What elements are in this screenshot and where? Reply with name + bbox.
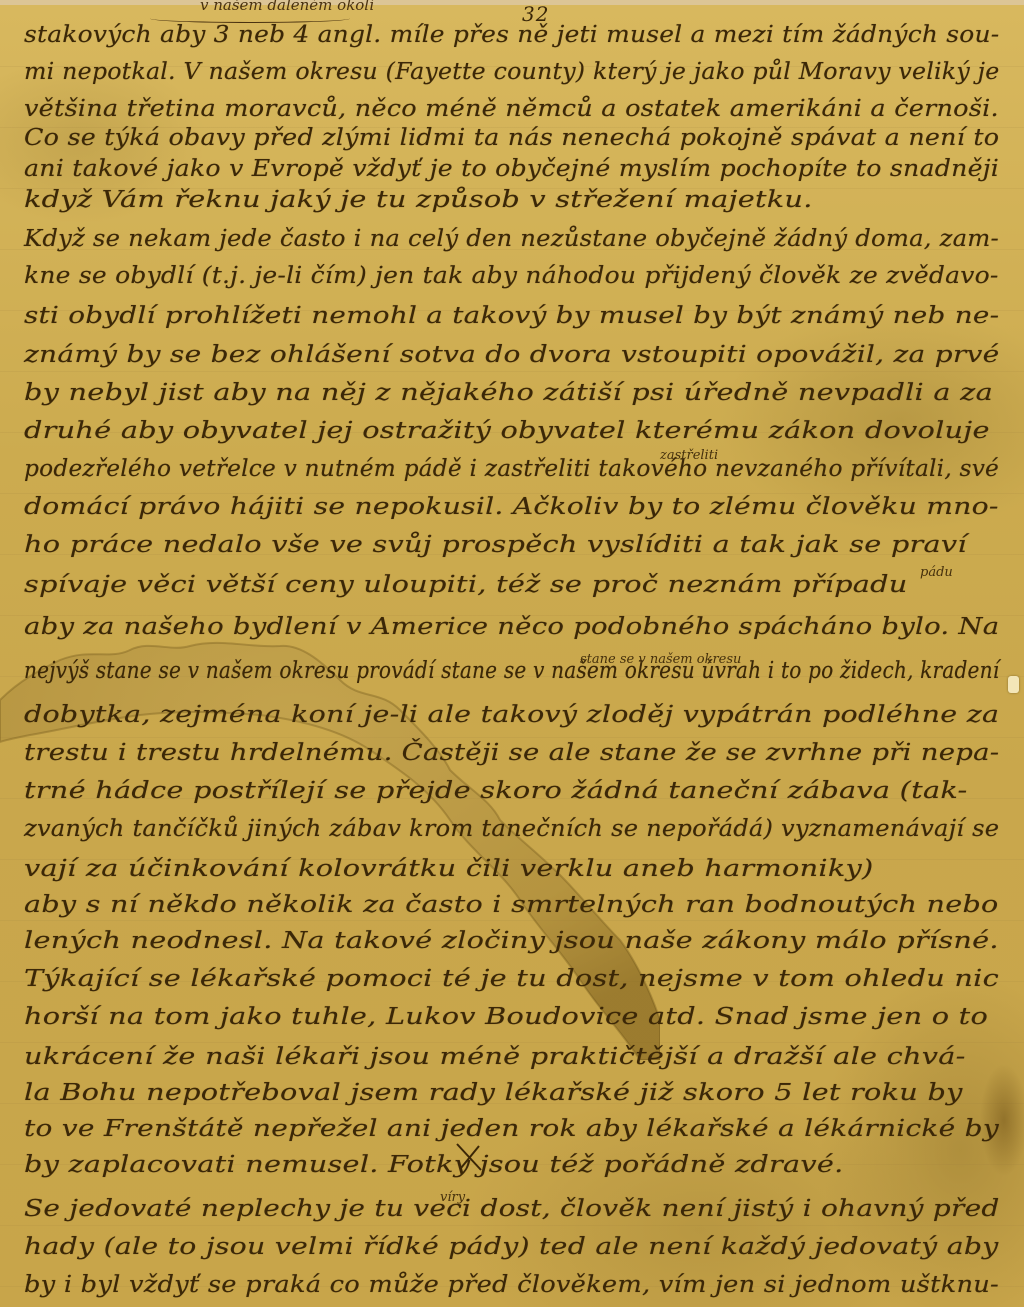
text-line: horší na tom jako tuhle, Lukov Boudovice… <box>24 1004 988 1030</box>
text-line: by nebyl jist aby na něj z nějakého záti… <box>24 380 993 406</box>
text-line: spívaje věci větší ceny uloupiti, též se… <box>24 572 908 598</box>
manuscript-page: v našem daleném okolí 32 stakových aby 3… <box>0 0 1024 1307</box>
text-line: trestu i trestu hrdelnému. Častěji se al… <box>24 740 999 766</box>
scan-top-edge <box>0 0 1024 5</box>
text-line: aby za našeho bydlení v Americe něco pod… <box>24 614 999 640</box>
text-line: podezřelého vetřelce v nutném pádě i zas… <box>24 456 999 482</box>
header-insertion: v našem daleném okolí <box>200 0 374 14</box>
interlinear-insertion: pádu <box>920 565 953 580</box>
text-line: Co se týká obavy před zlými lidmi ta nás… <box>24 125 999 151</box>
text-line: ukrácení že naši lékaři jsou méně prakti… <box>24 1044 966 1070</box>
text-line: by zaplacovati nemusel. Fotky jsou též p… <box>24 1152 844 1178</box>
text-line: mi nepotkal. V našem okresu (Fayette cou… <box>24 59 999 85</box>
text-line: ho práce nedalo vše ve svůj prospěch vys… <box>24 532 967 558</box>
text-line: nejvýš stane se v našem okresu provádí s… <box>24 658 999 684</box>
text-line: sti obydlí prohlížeti nemohl a takový by… <box>24 303 999 329</box>
text-line: dobytka, zejména koní je-li ale takový z… <box>24 702 999 728</box>
text-line: zvaných tančíčků jiných zábav krom taneč… <box>24 816 999 842</box>
text-line: známý by se bez ohlášení sotva do dvora … <box>24 342 999 368</box>
interlinear-insertion: stane se v našem okresu <box>580 652 741 667</box>
text-line: Týkající se lékařské pomoci té je tu dos… <box>24 966 999 992</box>
text-line: to ve Frenštátě nepřežel ani jeden rok a… <box>24 1116 999 1142</box>
text-line: vají za účinkování kolovrátku čili verkl… <box>24 856 873 882</box>
text-line: aby s ní někdo několik za často i smrtel… <box>24 892 999 918</box>
text-line: la Bohu nepotřeboval jsem rady lékařské … <box>24 1080 963 1106</box>
text-line: většina třetina moravců, něco méně němců… <box>24 96 999 122</box>
paper-hole <box>1008 676 1019 693</box>
text-line: druhé aby obyvatel jej ostražitý obyvate… <box>24 418 990 444</box>
text-line: Když se nekam jede často i na celý den n… <box>24 226 999 252</box>
text-line: Se jedovaté neplechy je tu veci dost, čl… <box>24 1196 1000 1222</box>
text-line: když Vám řeknu jaký je tu způsob v střež… <box>24 187 813 213</box>
interlinear-insertion: víry <box>440 1190 465 1205</box>
text-line: domácí právo hájiti se nepokusil. Ačkoli… <box>24 494 999 520</box>
text-line: trné hádce postřílejí se přejde skoro žá… <box>24 778 967 804</box>
text-line: ani takové jako v Evropě vždyť je to oby… <box>24 156 999 182</box>
cross-out-mark <box>455 1142 483 1172</box>
text-line: stakových aby 3 neb 4 angl. míle přes ně… <box>24 22 999 48</box>
interlinear-insertion: zastřeliti <box>660 448 718 463</box>
text-line: kne se obydlí (t.j. je-li čím) jen tak a… <box>24 263 999 289</box>
text-line: by i byl vždyť se praká co může před člo… <box>24 1272 999 1298</box>
text-line: lených neodnesl. Na takové zločiny jsou … <box>24 928 999 954</box>
text-line: hady (ale to jsou velmi řídké pády) ted … <box>24 1234 999 1260</box>
